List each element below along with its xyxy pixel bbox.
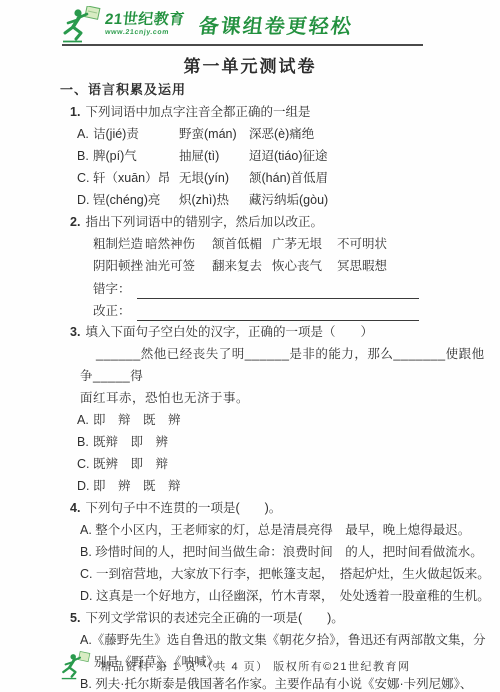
option-label: D. bbox=[77, 189, 93, 211]
option-text: 既辨 即 辩 bbox=[93, 457, 168, 471]
brand-url: www.21cnjy.com bbox=[105, 29, 185, 36]
word-row: 阴阳顿挫油光可签翻来复去恢心丧气冥思暇想 bbox=[93, 255, 490, 277]
question-line: 3.填入下面句子空白处的汉字，正确的一项是（ ） bbox=[70, 321, 490, 343]
option-column: 深恶(è)痛绝 bbox=[249, 123, 314, 145]
page-footer: 精品资料·第 1 页 （共 4 页） 版权所有©21世纪教育网 bbox=[0, 646, 486, 686]
question-block: 4.下列句子中不连贯的一项是( )。A. 整个小区内，王老师家的灯，总是清晨亮得… bbox=[70, 497, 490, 607]
test-paper-page: 21世纪教育 www.21cnjy.com 备课组卷更轻松 第一单元测试卷 一、… bbox=[0, 0, 500, 692]
option-row: B. 珍惜时间的人，把时间当做生命：浪费时间 的人，把时间看做流水。 bbox=[80, 541, 490, 563]
word-item: 翻来复去 bbox=[212, 255, 272, 277]
option-column: 锃(chéng)亮 bbox=[93, 189, 179, 211]
blank-underline bbox=[137, 304, 419, 321]
option-column: 无垠(yín) bbox=[179, 167, 249, 189]
option-text: 既辩 即 辨 bbox=[93, 435, 168, 449]
option-row: B.既辩 即 辨 bbox=[77, 431, 490, 453]
option-column: 轩（xuān）昂 bbox=[93, 167, 179, 189]
brand-slogan: 备课组卷更轻松 bbox=[197, 10, 355, 39]
answer-blank-row: 改正： bbox=[93, 299, 490, 321]
option-row: A. 整个小区内，王老师家的灯，总是清晨亮得 最早，晚上熄得最迟。 bbox=[80, 519, 490, 541]
question-number: 5. bbox=[70, 611, 80, 625]
runner-logo-icon-small bbox=[61, 648, 93, 684]
question-text: 填入下面句子空白处的汉字，正确的一项是（ ） bbox=[85, 325, 373, 339]
option-row: D.即 辨 既 辩 bbox=[77, 475, 490, 497]
word-item: 粗制烂造 bbox=[93, 233, 145, 255]
option-column: 藏污纳垢(gòu) bbox=[249, 189, 328, 211]
options-list: A.即 辩 既 辨B.既辩 即 辨C.既辨 即 辩D.即 辨 既 辩 bbox=[77, 409, 490, 497]
questions-area: 1.下列词语中加点字注音全都正确的一组是A.诘(jié)责野蛮(mán)深恶(è… bbox=[0, 101, 500, 692]
option-text: B. 珍惜时间的人，把时间当做生命：浪费时间 的人，把时间看做流水。 bbox=[80, 545, 483, 559]
question-number: 3. bbox=[70, 325, 80, 339]
question-number: 1. bbox=[70, 105, 80, 119]
question-block: 1.下列词语中加点字注音全都正确的一组是A.诘(jié)责野蛮(mán)深恶(è… bbox=[70, 101, 490, 211]
question-text: 下列文学常识的表述完全正确的一项是( )。 bbox=[85, 611, 343, 625]
word-item: 冥思暇想 bbox=[337, 255, 387, 277]
question-block: 3.填入下面句子空白处的汉字，正确的一项是（ ）______然他已经丧失了明__… bbox=[70, 321, 490, 497]
question-block: 2.指出下列词语中的错别字，然后加以改正。粗制烂造暗然神伤颔首低楣广茅无垠不可明… bbox=[70, 211, 490, 321]
option-column: 诘(jié)责 bbox=[93, 123, 179, 145]
options-list: A. 整个小区内，王老师家的灯，总是清晨亮得 最早，晚上熄得最迟。B. 珍惜时间… bbox=[80, 519, 490, 607]
option-column: 抽屉(tì) bbox=[179, 145, 249, 167]
option-row: A.即 辩 既 辨 bbox=[77, 409, 490, 431]
option-label: A. bbox=[77, 409, 93, 431]
word-item: 油光可签 bbox=[145, 255, 212, 277]
word-item: 不可明状 bbox=[337, 233, 387, 255]
blank-underline bbox=[137, 282, 419, 299]
question-number: 4. bbox=[70, 501, 80, 515]
options-list: A.诘(jié)责野蛮(mán)深恶(è)痛绝B.脾(pí)气抽屉(tì)迢迢(… bbox=[77, 123, 490, 211]
footer-text: 精品资料·第 1 页 （共 4 页） 版权所有©21世纪教育网 bbox=[100, 658, 410, 674]
option-row: A.诘(jié)责野蛮(mán)深恶(è)痛绝 bbox=[77, 123, 490, 145]
paper-content: 第一单元测试卷 一、语言积累及运用 1.下列词语中加点字注音全都正确的一组是A.… bbox=[0, 0, 500, 692]
option-label: C. bbox=[77, 167, 93, 189]
question-text: 指出下列词语中的错别字，然后加以改正。 bbox=[85, 215, 323, 229]
option-row: C.既辨 即 辩 bbox=[77, 453, 490, 475]
question-number: 2. bbox=[70, 215, 80, 229]
question-line: 1.下列词语中加点字注音全都正确的一组是 bbox=[70, 101, 490, 123]
option-row: B.脾(pí)气抽屉(tì)迢迢(tiáo)征途 bbox=[77, 145, 490, 167]
question-text: 下列词语中加点字注音全都正确的一组是 bbox=[85, 105, 310, 119]
page-title: 第一单元测试卷 bbox=[0, 52, 500, 77]
question-passage: ______然他已经丧失了明______是非的能力，那么_______使跟他争_… bbox=[80, 343, 490, 409]
word-item: 恢心丧气 bbox=[272, 255, 337, 277]
word-item: 阴阳顿挫 bbox=[93, 255, 145, 277]
option-row: D. 这真是一个好地方，山径幽深，竹木青翠， 处处透着一股童稚的生机。 bbox=[80, 585, 490, 607]
option-row: C.轩（xuān）昂无垠(yín)颔(hán)首低眉 bbox=[77, 167, 490, 189]
word-item: 暗然神伤 bbox=[145, 233, 212, 255]
option-row: C. 一到宿营地，大家放下行李，把帐篷支起， 搭起炉灶，生火做起饭来。 bbox=[80, 563, 490, 585]
option-column: 迢迢(tiáo)征途 bbox=[249, 145, 327, 167]
option-column: 炽(zhì)热 bbox=[179, 189, 249, 211]
option-row: D.锃(chéng)亮炽(zhì)热藏污纳垢(gòu) bbox=[77, 189, 490, 211]
blank-label: 错字： bbox=[93, 279, 131, 299]
question-line: 2.指出下列词语中的错别字，然后加以改正。 bbox=[70, 211, 490, 233]
passage-line: ______然他已经丧失了明______是非的能力，那么_______使跟他争_… bbox=[80, 343, 490, 387]
option-text: D. 这真是一个好地方，山径幽深，竹木青翠， 处处透着一股童稚的生机。 bbox=[80, 589, 490, 603]
question-line: 5.下列文学常识的表述完全正确的一项是( )。 bbox=[70, 607, 490, 629]
option-text: C. 一到宿营地，大家放下行李，把帐篷支起， 搭起炉灶，生火做起饭来。 bbox=[80, 567, 490, 581]
option-label: B. bbox=[77, 431, 93, 453]
option-column: 野蛮(mán) bbox=[179, 123, 249, 145]
section-heading: 一、语言积累及运用 bbox=[60, 79, 500, 98]
question-line: 4.下列句子中不连贯的一项是( )。 bbox=[70, 497, 490, 519]
word-item: 颔首低楣 bbox=[212, 233, 272, 255]
option-label: D. bbox=[77, 475, 93, 497]
option-label: A. bbox=[77, 123, 93, 145]
blank-label: 改正： bbox=[93, 301, 131, 321]
word-item: 广茅无垠 bbox=[272, 233, 337, 255]
site-header: 21世纪教育 www.21cnjy.com 备课组卷更轻松 bbox=[62, 4, 423, 46]
option-column: 颔(hán)首低眉 bbox=[249, 167, 328, 189]
word-row: 粗制烂造暗然神伤颔首低楣广茅无垠不可明状 bbox=[93, 233, 490, 255]
question-text: 下列句子中不连贯的一项是( )。 bbox=[85, 501, 281, 515]
brand-name: 21世纪教育 bbox=[104, 12, 185, 27]
option-label: B. bbox=[77, 145, 93, 167]
option-text: 即 辨 既 辩 bbox=[93, 479, 181, 493]
option-text: 即 辩 既 辨 bbox=[93, 413, 181, 427]
runner-logo-icon bbox=[62, 6, 104, 44]
answer-blank-row: 错字： bbox=[93, 277, 490, 299]
brand-text-block: 21世纪教育 www.21cnjy.com bbox=[105, 12, 185, 36]
passage-line: 面红耳赤，恐怕也无济于事。 bbox=[80, 387, 490, 409]
option-column: 脾(pí)气 bbox=[93, 145, 179, 167]
option-label: C. bbox=[77, 453, 93, 475]
option-text: A. 整个小区内，王老师家的灯，总是清晨亮得 最早，晚上熄得最迟。 bbox=[80, 523, 470, 537]
